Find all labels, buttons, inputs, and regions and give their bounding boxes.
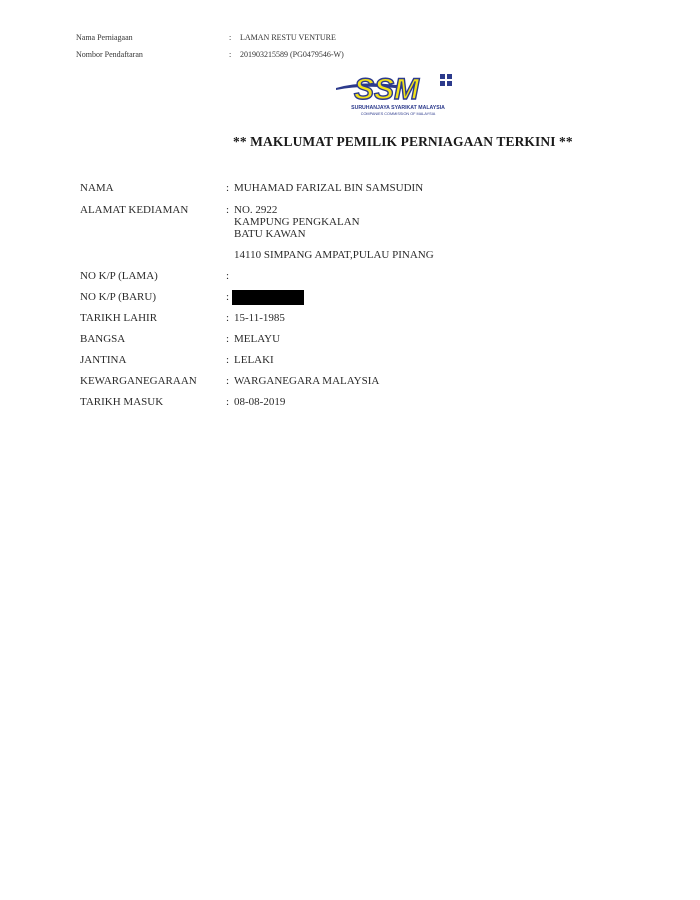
registration-number-label: Nombor Pendaftaran bbox=[76, 50, 143, 59]
colon: : bbox=[229, 50, 231, 59]
alamat-line-1: NO. 2922 bbox=[234, 204, 277, 216]
kp-baru-label: NO K/P (BARU) bbox=[80, 291, 156, 303]
alamat-line-4: 14110 SIMPANG AMPAT,PULAU PINANG bbox=[234, 249, 434, 261]
alamat-line-2: KAMPUNG PENGKALAN bbox=[234, 216, 360, 228]
bangsa-label: BANGSA bbox=[80, 333, 125, 345]
business-name-value: LAMAN RESTU VENTURE bbox=[240, 33, 336, 42]
tarikh-masuk-value: 08-08-2019 bbox=[234, 396, 285, 408]
nama-value: MUHAMAD FARIZAL BIN SAMSUDIN bbox=[234, 182, 423, 194]
jantina-label: JANTINA bbox=[80, 354, 126, 366]
alamat-label: ALAMAT KEDIAMAN bbox=[80, 204, 188, 216]
colon: : bbox=[226, 291, 229, 303]
kewarganegaraan-label: KEWARGANEGARAAN bbox=[80, 375, 197, 387]
nama-label: NAMA bbox=[80, 182, 114, 194]
colon: : bbox=[226, 333, 229, 345]
section-title: ** MAKLUMAT PEMILIK PERNIAGAAN TERKINI *… bbox=[233, 134, 573, 150]
tarikh-masuk-label: TARIKH MASUK bbox=[80, 396, 163, 408]
jantina-value: LELAKI bbox=[234, 354, 274, 366]
registration-number-value: 201903215589 (PG0479546-W) bbox=[240, 50, 344, 59]
svg-text:SSM: SSM bbox=[354, 73, 420, 106]
ssm-logo: SSM SURUHANJAYA SYARIKAT MALAYSIA COMPAN… bbox=[334, 66, 464, 118]
colon: : bbox=[226, 182, 229, 194]
business-name-label: Nama Perniagaan bbox=[76, 33, 133, 42]
redacted-ic-number bbox=[232, 290, 304, 305]
colon: : bbox=[226, 312, 229, 324]
bangsa-value: MELAYU bbox=[234, 333, 280, 345]
colon: : bbox=[226, 354, 229, 366]
colon: : bbox=[226, 396, 229, 408]
kp-lama-label: NO K/P (LAMA) bbox=[80, 270, 158, 282]
tarikh-lahir-value: 15-11-1985 bbox=[234, 312, 285, 324]
svg-text:COMPANIES COMMISSION OF MALAYS: COMPANIES COMMISSION OF MALAYSIA bbox=[361, 112, 436, 116]
alamat-line-3: BATU KAWAN bbox=[234, 228, 306, 240]
colon: : bbox=[226, 270, 229, 282]
kewarganegaraan-value: WARGANEGARA MALAYSIA bbox=[234, 375, 379, 387]
colon: : bbox=[226, 204, 229, 216]
tarikh-lahir-label: TARIKH LAHIR bbox=[80, 312, 157, 324]
svg-text:SURUHANJAYA SYARIKAT MALAYSIA: SURUHANJAYA SYARIKAT MALAYSIA bbox=[351, 105, 445, 111]
colon: : bbox=[226, 375, 229, 387]
colon: : bbox=[229, 33, 231, 42]
